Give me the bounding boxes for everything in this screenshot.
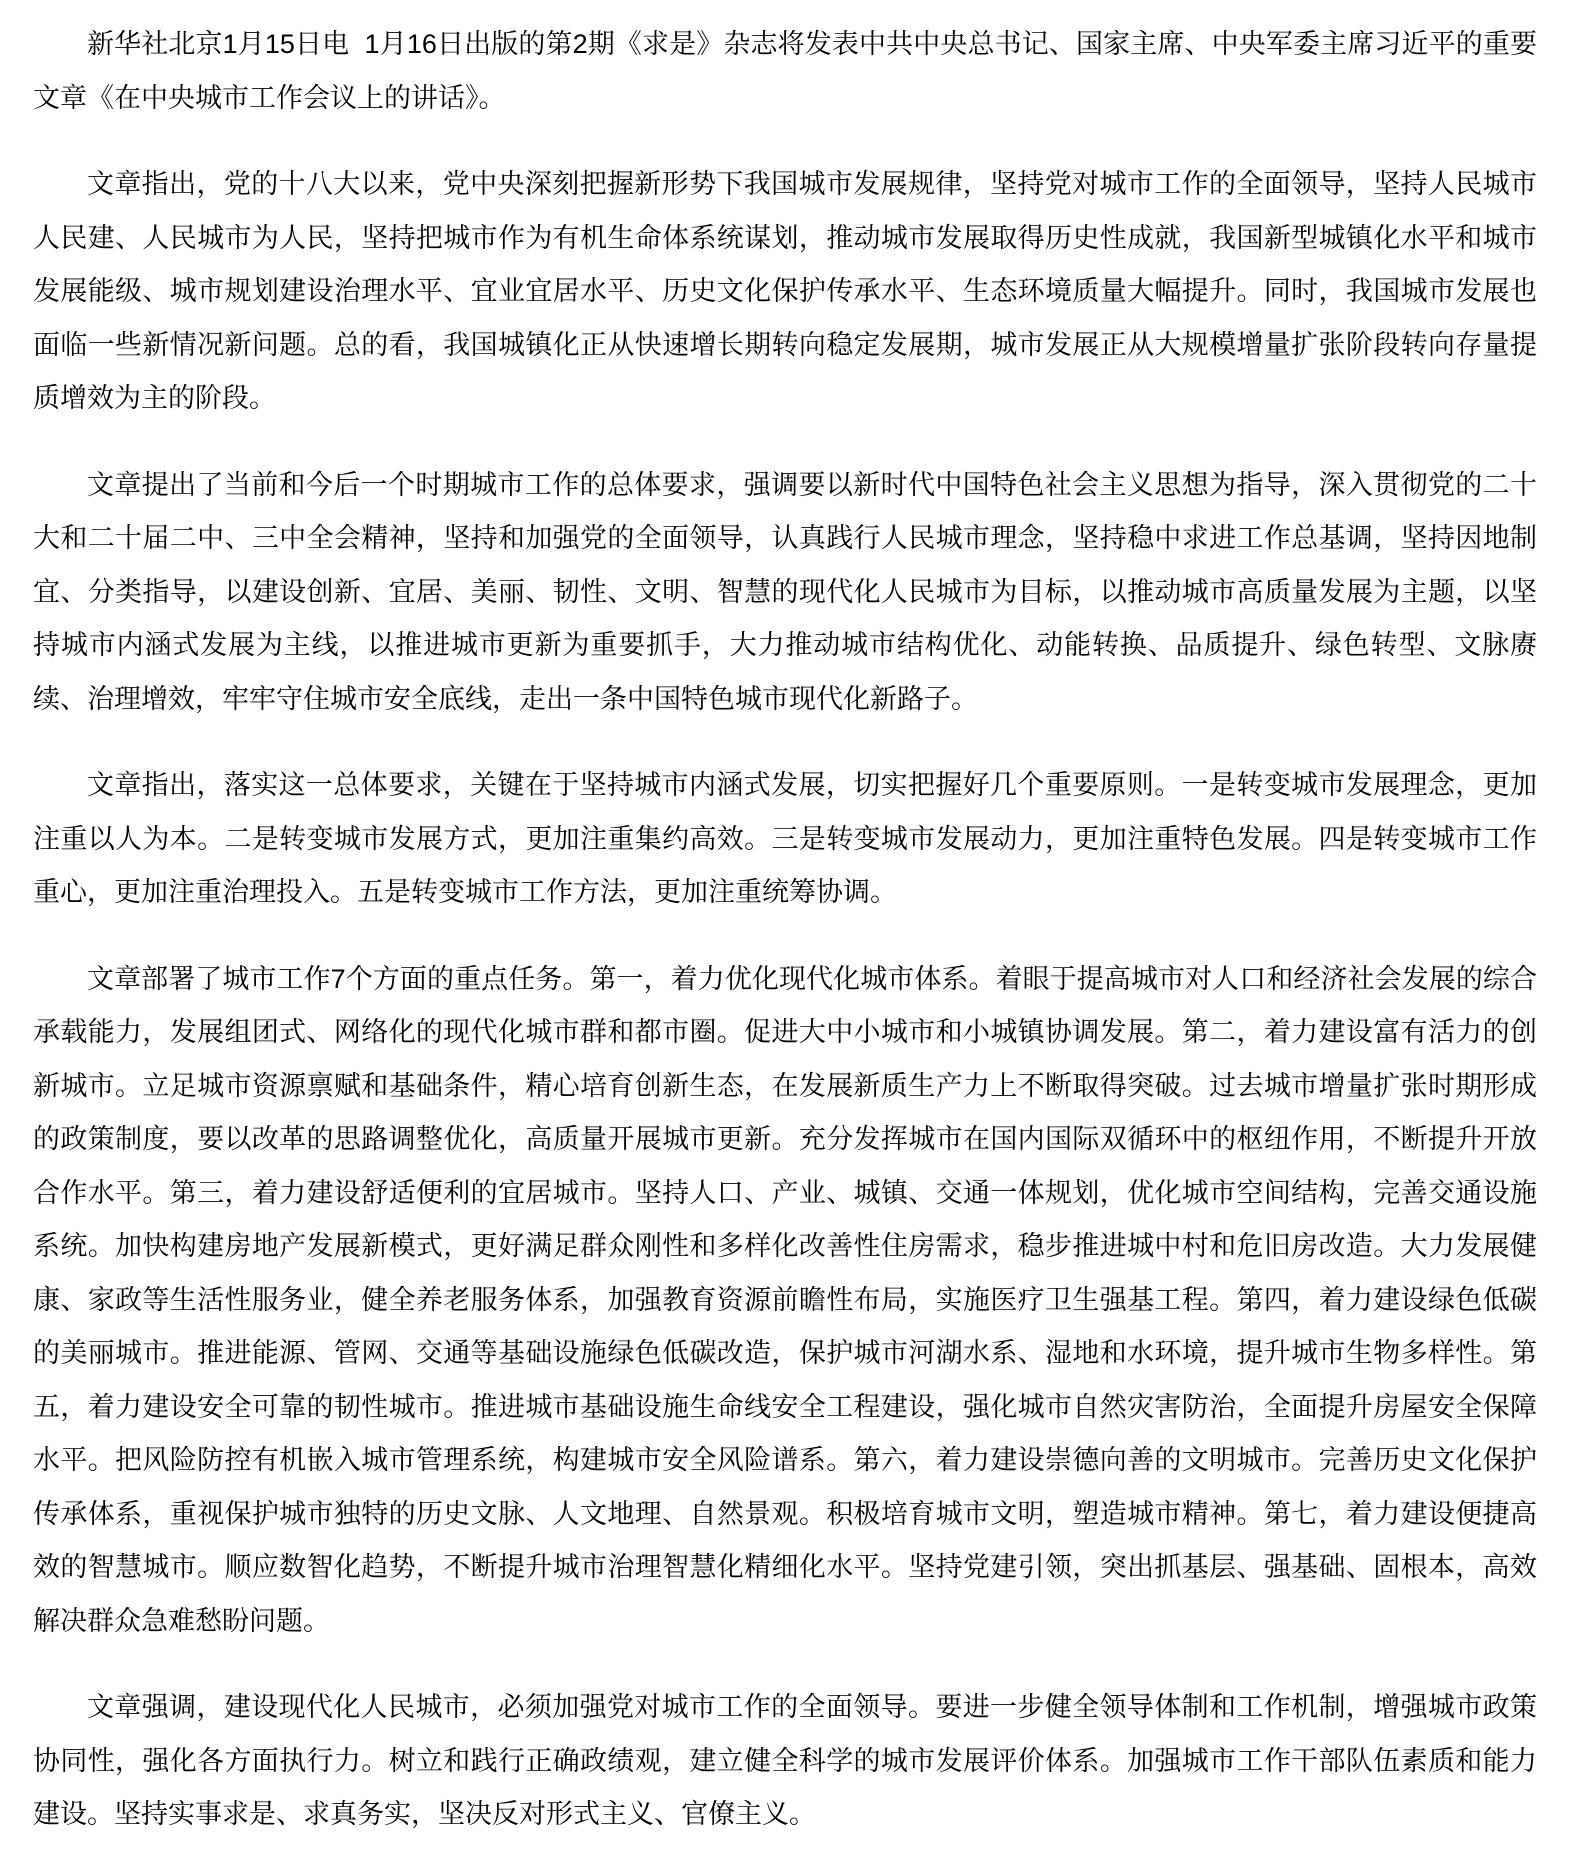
article-body: 新华社北京1月15日电 1月16日出版的第2期《求是》杂志将发表中共中央总书记、… [0, 0, 1579, 1842]
paragraph-achievements: 文章指出，党的十八大以来，党中央深刻把握新形势下我国城市发展规律，坚持党对城市工… [33, 158, 1537, 426]
paragraph-party-leadership: 文章强调，建设现代化人民城市，必须加强党对城市工作的全面领导。要进一步健全领导体… [33, 1681, 1537, 1842]
paragraph-seven-tasks: 文章部署了城市工作7个方面的重点任务。第一，着力优化现代化城市体系。着眼于提高城… [33, 953, 1537, 1649]
paragraph-key-principles: 文章指出，落实这一总体要求，关键在于坚持城市内涵式发展，切实把握好几个重要原则。… [33, 759, 1537, 920]
paragraph-overall-requirements: 文章提出了当前和今后一个时期城市工作的总体要求，强调要以新时代中国特色社会主义思… [33, 459, 1537, 727]
paragraph-dateline-intro: 新华社北京1月15日电 1月16日出版的第2期《求是》杂志将发表中共中央总书记、… [33, 18, 1537, 125]
